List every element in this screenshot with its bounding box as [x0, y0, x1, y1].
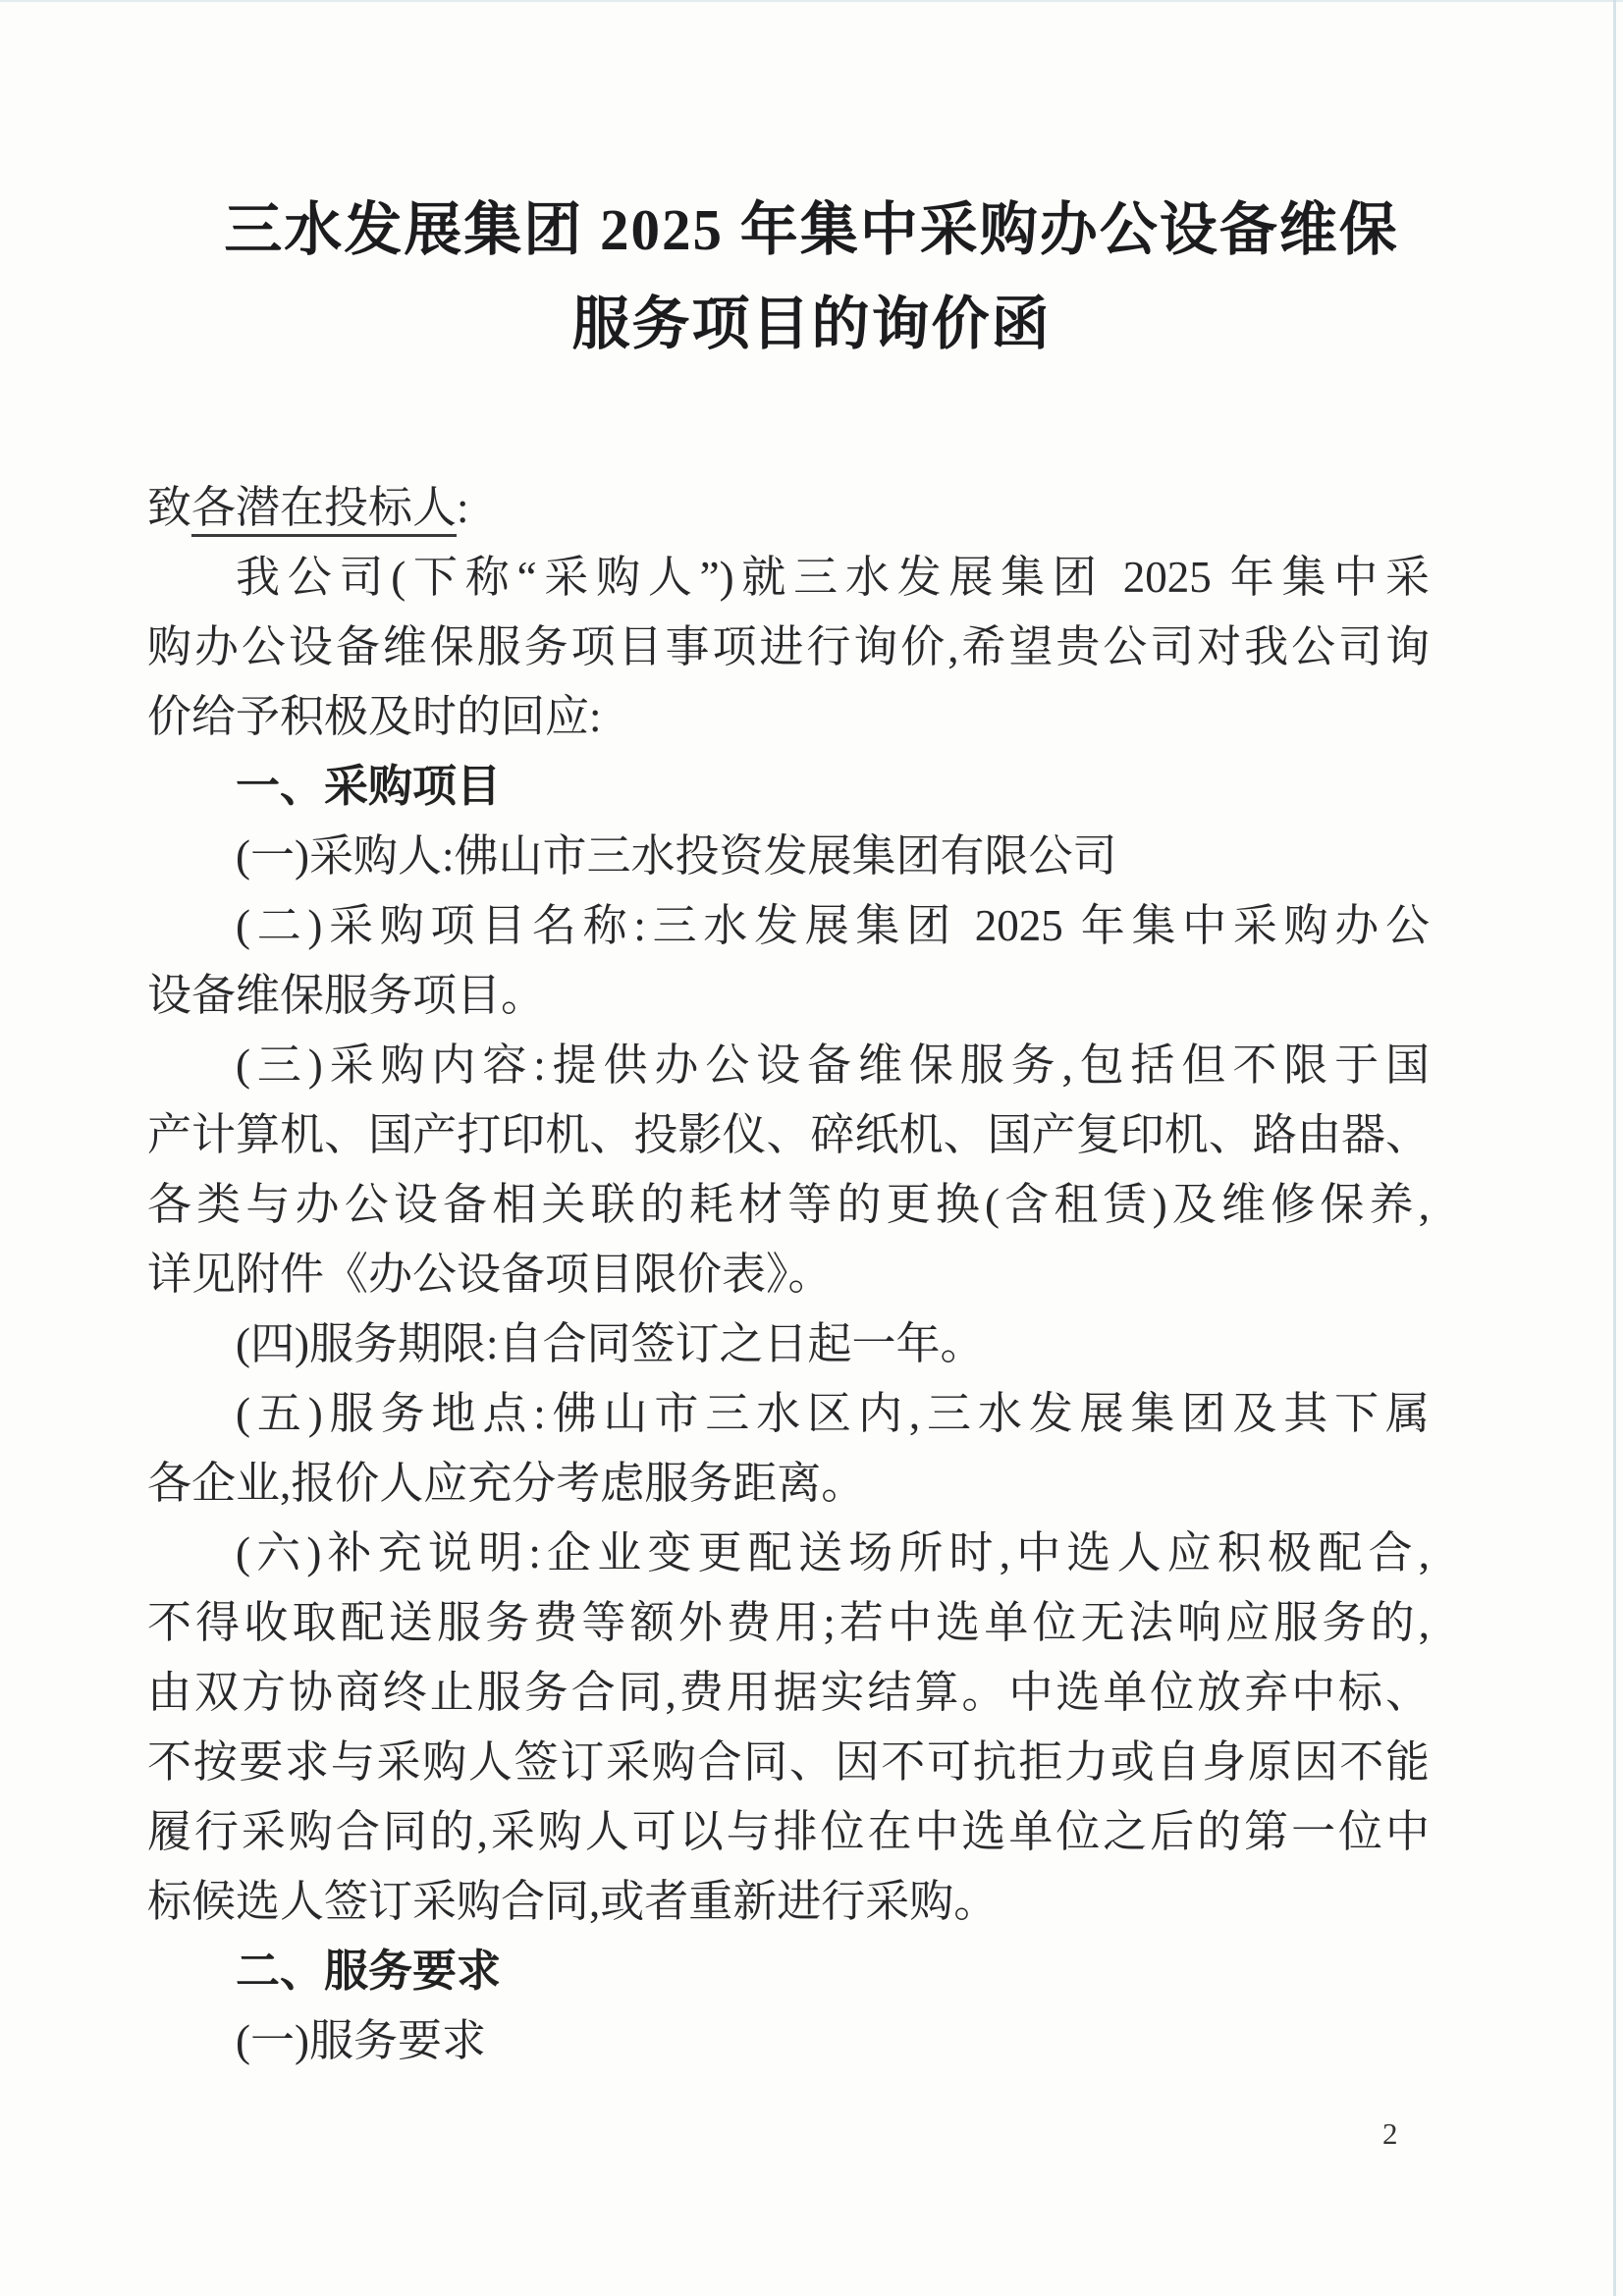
salutation-line: 致各潜在投标人:: [147, 473, 1430, 543]
document-body: 致各潜在投标人: 我公司(下称“采购人”)就三水发展集团 2025 年集中采 购…: [147, 473, 1430, 2076]
item-3-procurement-content-line-2: 产计算机、国产打印机、投影仪、碎纸机、国产复印机、路由器、: [147, 1100, 1430, 1170]
item-4-service-term: (四)服务期限:自合同签订之日起一年。: [147, 1309, 1430, 1379]
item-2-project-name-line-1: (二)采购项目名称:三水发展集团 2025 年集中采购办公: [147, 891, 1430, 961]
item-2-project-name-line-2: 设备维保服务项目。: [147, 961, 1430, 1031]
item-3-procurement-content-line-3: 各类与办公设备相关联的耗材等的更换(含租赁)及维修保养,: [147, 1170, 1430, 1240]
item-6-supplementary-note-line-3: 由双方协商终止服务合同,费用据实结算。中选单位放弃中标、: [147, 1658, 1430, 1728]
section-heading-service-requirements: 二、服务要求: [147, 1937, 1430, 2006]
scan-artifact-top-edge: [0, 0, 1623, 2]
page-number: 2: [1382, 2116, 1398, 2152]
salutation-addressee: 各潜在投标人: [191, 483, 457, 537]
item-6-supplementary-note-line-2: 不得收取配送服务费等额外费用;若中选单位无法响应服务的,: [147, 1588, 1430, 1658]
item-3-procurement-content-line-1: (三)采购内容:提供办公设备维保服务,包括但不限于国: [147, 1031, 1430, 1100]
item-3-procurement-content-line-4: 详见附件《办公设备项目限价表》。: [147, 1240, 1430, 1309]
document-page: 三水发展集团 2025 年集中采购办公设备维保 服务项目的询价函 致各潜在投标人…: [0, 0, 1623, 2296]
item-5-service-location-line-2: 各企业,报价人应充分考虑服务距离。: [147, 1449, 1430, 1519]
title-line-2: 服务项目的询价函: [0, 277, 1623, 371]
salutation-colon: :: [457, 483, 469, 532]
intro-paragraph-line-2: 购办公设备维保服务项目事项进行询价,希望贵公司对我公司询: [147, 613, 1430, 682]
item-6-supplementary-note-line-4: 不按要求与采购人签订采购合同、因不可抗拒力或自身原因不能: [147, 1728, 1430, 1797]
document-title: 三水发展集团 2025 年集中采购办公设备维保 服务项目的询价函: [0, 183, 1623, 371]
item-6-supplementary-note-line-1: (六)补充说明:企业变更配送场所时,中选人应积极配合,: [147, 1519, 1430, 1588]
item-6-supplementary-note-line-5: 履行采购合同的,采购人可以与排位在中选单位之后的第一位中: [147, 1797, 1430, 1867]
subsection-service-requirements: (一)服务要求: [147, 2006, 1430, 2076]
section-heading-procurement-project: 一、采购项目: [147, 752, 1430, 822]
title-line-1: 三水发展集团 2025 年集中采购办公设备维保: [0, 183, 1623, 277]
item-6-supplementary-note-line-6: 标候选人签订采购合同,或者重新进行采购。: [147, 1867, 1430, 1937]
intro-paragraph-line-1: 我公司(下称“采购人”)就三水发展集团 2025 年集中采: [147, 543, 1430, 613]
item-5-service-location-line-1: (五)服务地点:佛山市三水区内,三水发展集团及其下属: [147, 1379, 1430, 1449]
intro-paragraph-line-3: 价给予积极及时的回应:: [147, 682, 1430, 752]
item-1-purchaser: (一)采购人:佛山市三水投资发展集团有限公司: [147, 822, 1430, 891]
salutation-prefix: 致: [147, 483, 191, 532]
